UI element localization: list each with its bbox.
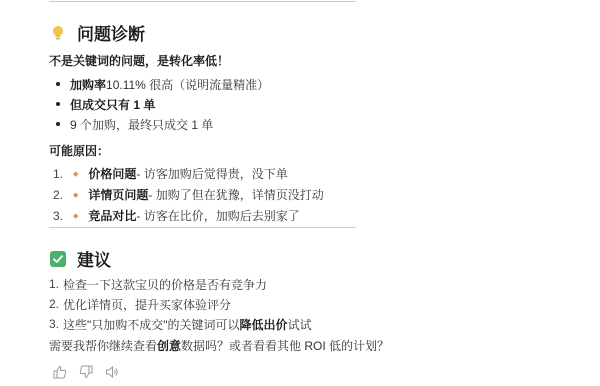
list-item: 2. ◆ 详情页问题 - 加购了但在犹豫，详情页没打动 <box>53 184 324 205</box>
thumbs-up-icon <box>53 365 67 379</box>
reasons-heading: 可能原因： <box>49 142 109 159</box>
thumbs-up-button[interactable] <box>53 365 67 379</box>
list-item: 3. 这些"只加购不成交"的关键词可以 降低出价 试试 <box>49 314 312 334</box>
chat-message: 问题诊断 不是关键词的问题，是转化率低！ 加购率 10.11% 很高（说明流量精… <box>0 0 600 386</box>
list-item: 3. ◆ 竞品对比 - 访客在比价，加购后去别家了 <box>53 205 324 226</box>
read-aloud-button[interactable] <box>105 365 119 379</box>
diagnosis-title: 问题诊断 <box>77 20 145 45</box>
list-item: 但成交只有 1 单 <box>54 94 269 114</box>
bullet-icon <box>56 102 60 106</box>
list-item: 2. 优化详情页，提升买家体验评分 <box>49 294 312 314</box>
diamond-icon: ◆ <box>73 170 78 178</box>
lightbulb-icon <box>49 24 67 42</box>
suggestions-list: 1. 检查一下这款宝贝的价格是否有竞争力 2. 优化详情页，提升买家体验评分 3… <box>49 274 312 334</box>
divider <box>49 1 356 2</box>
diamond-icon: ◆ <box>73 191 78 199</box>
diagnosis-heading: 问题诊断 <box>49 20 145 45</box>
bullet-icon <box>56 82 60 86</box>
diamond-icon: ◆ <box>73 212 78 220</box>
list-item: 1. 检查一下这款宝贝的价格是否有竞争力 <box>49 274 312 294</box>
thumbs-down-button[interactable] <box>79 365 93 379</box>
speaker-icon <box>105 365 119 379</box>
suggestions-heading: 建议 <box>49 246 111 271</box>
check-box-icon <box>49 250 67 268</box>
diagnosis-bullets: 加购率 10.11% 很高（说明流量精准） 但成交只有 1 单 9 个加购，最终… <box>54 74 269 134</box>
list-item: 1. ◆ 价格问题 - 访客加购后觉得贵，没下单 <box>53 163 324 184</box>
bullet-icon <box>56 122 60 126</box>
divider <box>49 227 356 228</box>
list-item: 加购率 10.11% 很高（说明流量精准） <box>54 74 269 94</box>
message-actions <box>53 365 131 379</box>
reasons-list: 1. ◆ 价格问题 - 访客加购后觉得贵，没下单 2. ◆ 详情页问题 - 加购… <box>53 163 324 226</box>
closing-question: 需要我帮你继续查看创意数据吗？或者看看其他 ROI 低的计划？ <box>49 337 389 354</box>
diagnosis-lead: 不是关键词的问题，是转化率低！ <box>49 52 229 69</box>
thumbs-down-icon <box>79 365 93 379</box>
list-item: 9 个加购，最终只成交 1 单 <box>54 114 269 134</box>
suggestions-title: 建议 <box>77 246 111 271</box>
